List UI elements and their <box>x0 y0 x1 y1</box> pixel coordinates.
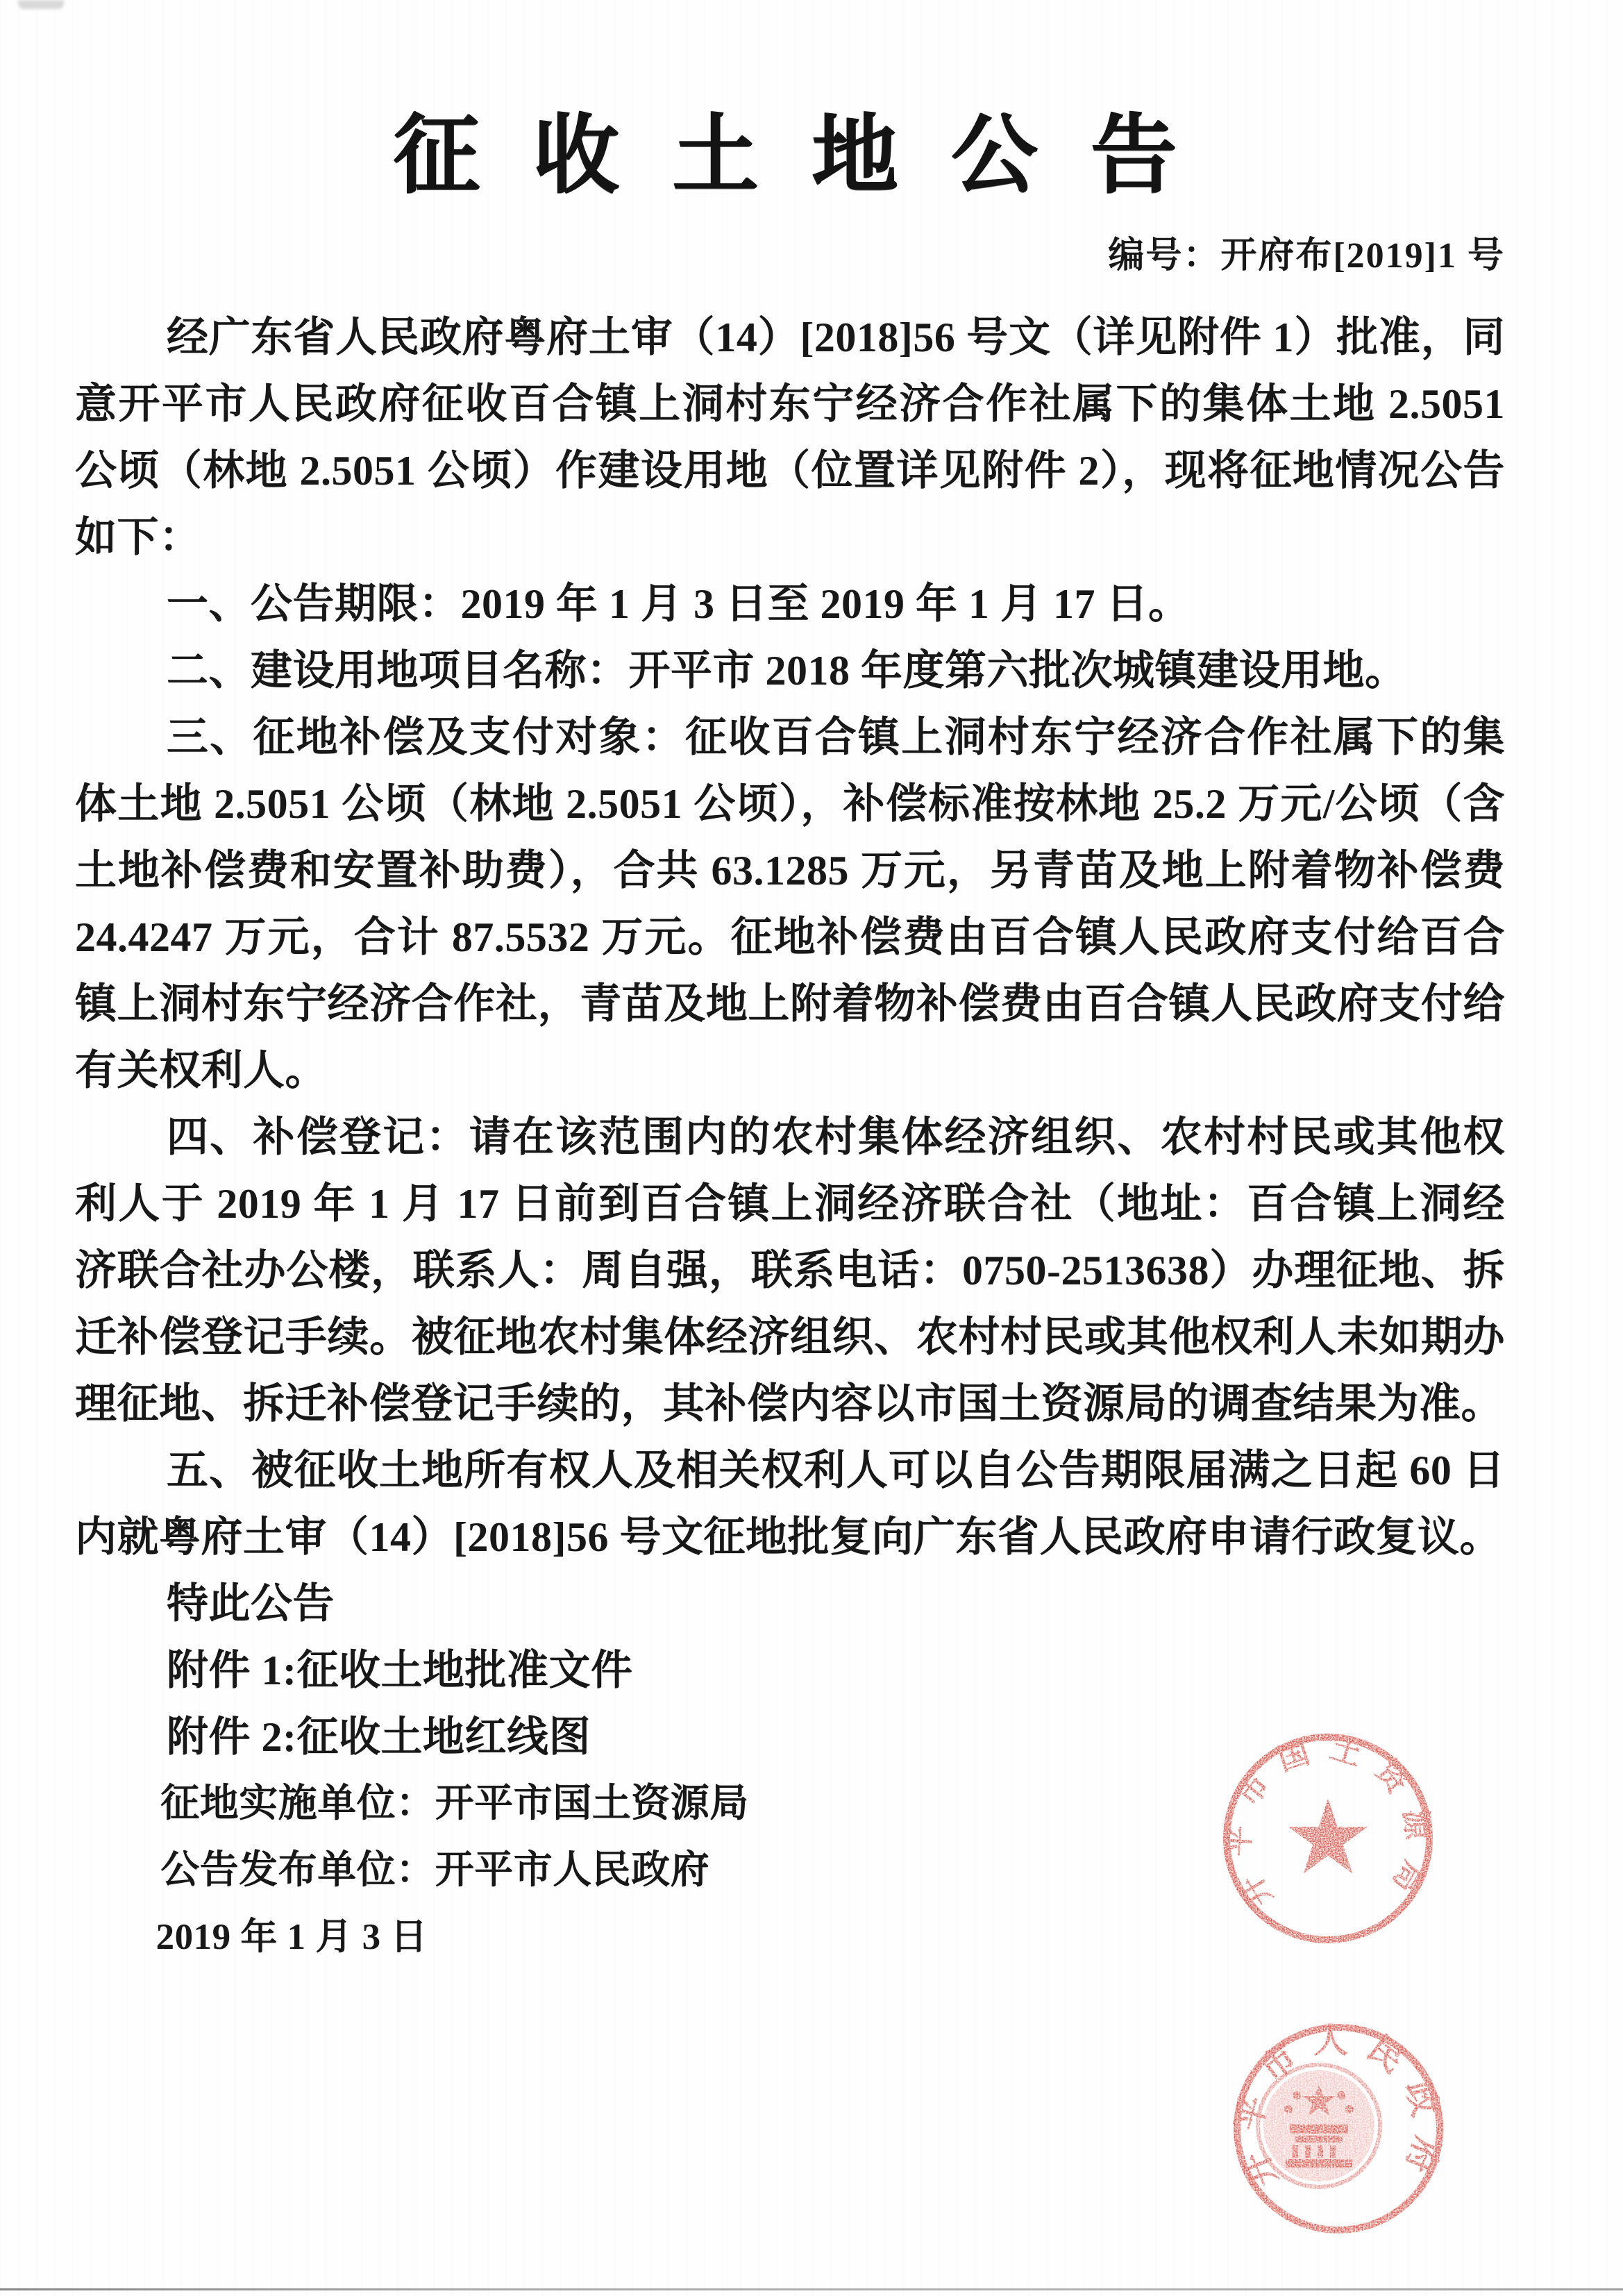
seal-ring <box>1237 2027 1440 2230</box>
page-title: 征收土地公告 <box>0 104 1623 208</box>
attachment-2-line: 附件 2:征收土地红线图 <box>75 1704 1505 1770</box>
body-paragraph-item-5: 五、被征收土地所有权人及相关权利人可以自公告期限届满之日起 60 日内就粤府土审… <box>75 1437 1505 1570</box>
body-paragraph-item-4: 四、补偿登记：请在该范围内的农村集体经济组织、农村村民或其他权利人于 2019 … <box>75 1104 1505 1437</box>
national-emblem-icon <box>1258 2065 1380 2187</box>
body-paragraph-item-1: 一、公告期限：2019 年 1 月 3 日至 2019 年 1 月 17 日。 <box>75 571 1505 637</box>
issuing-unit-line: 公告发布单位：开平市人民政府 <box>75 1837 1505 1904</box>
scan-edge-line <box>0 2288 1623 2290</box>
doc-number: 编号：开府布[2019]1 号 <box>0 235 1623 278</box>
body-paragraph-item-2: 二、建设用地项目名称：开平市 2018 年度第六批次城镇建设用地。 <box>75 637 1505 704</box>
scan-smudge <box>18 0 64 9</box>
seal-text: 开平市人民政府 <box>1228 2021 1449 2193</box>
body-paragraph-intro: 经广东省人民政府粤府土审（14）[2018]56 号文（详见附件 1）批准，同意… <box>75 304 1505 571</box>
government-seal: 开平市人民政府 <box>1227 2018 1449 2240</box>
document-body: 经广东省人民政府粤府土审（14）[2018]56 号文（详见附件 1）批准，同意… <box>0 304 1623 1970</box>
attachment-1-line: 附件 1:征收土地批准文件 <box>75 1637 1505 1704</box>
date-line: 2019 年 1 月 3 日 <box>75 1904 1505 1970</box>
implementing-unit-line: 征地实施单位：开平市国土资源局 <box>75 1770 1505 1837</box>
announcement-document: 征收土地公告 编号：开府布[2019]1 号 经广东省人民政府粤府土审（14）[… <box>0 0 1623 2296</box>
closing-line: 特此公告 <box>75 1570 1505 1637</box>
body-paragraph-item-3: 三、征地补偿及支付对象：征收百合镇上洞村东宁经济合作社属下的集体土地 2.505… <box>75 704 1505 1104</box>
